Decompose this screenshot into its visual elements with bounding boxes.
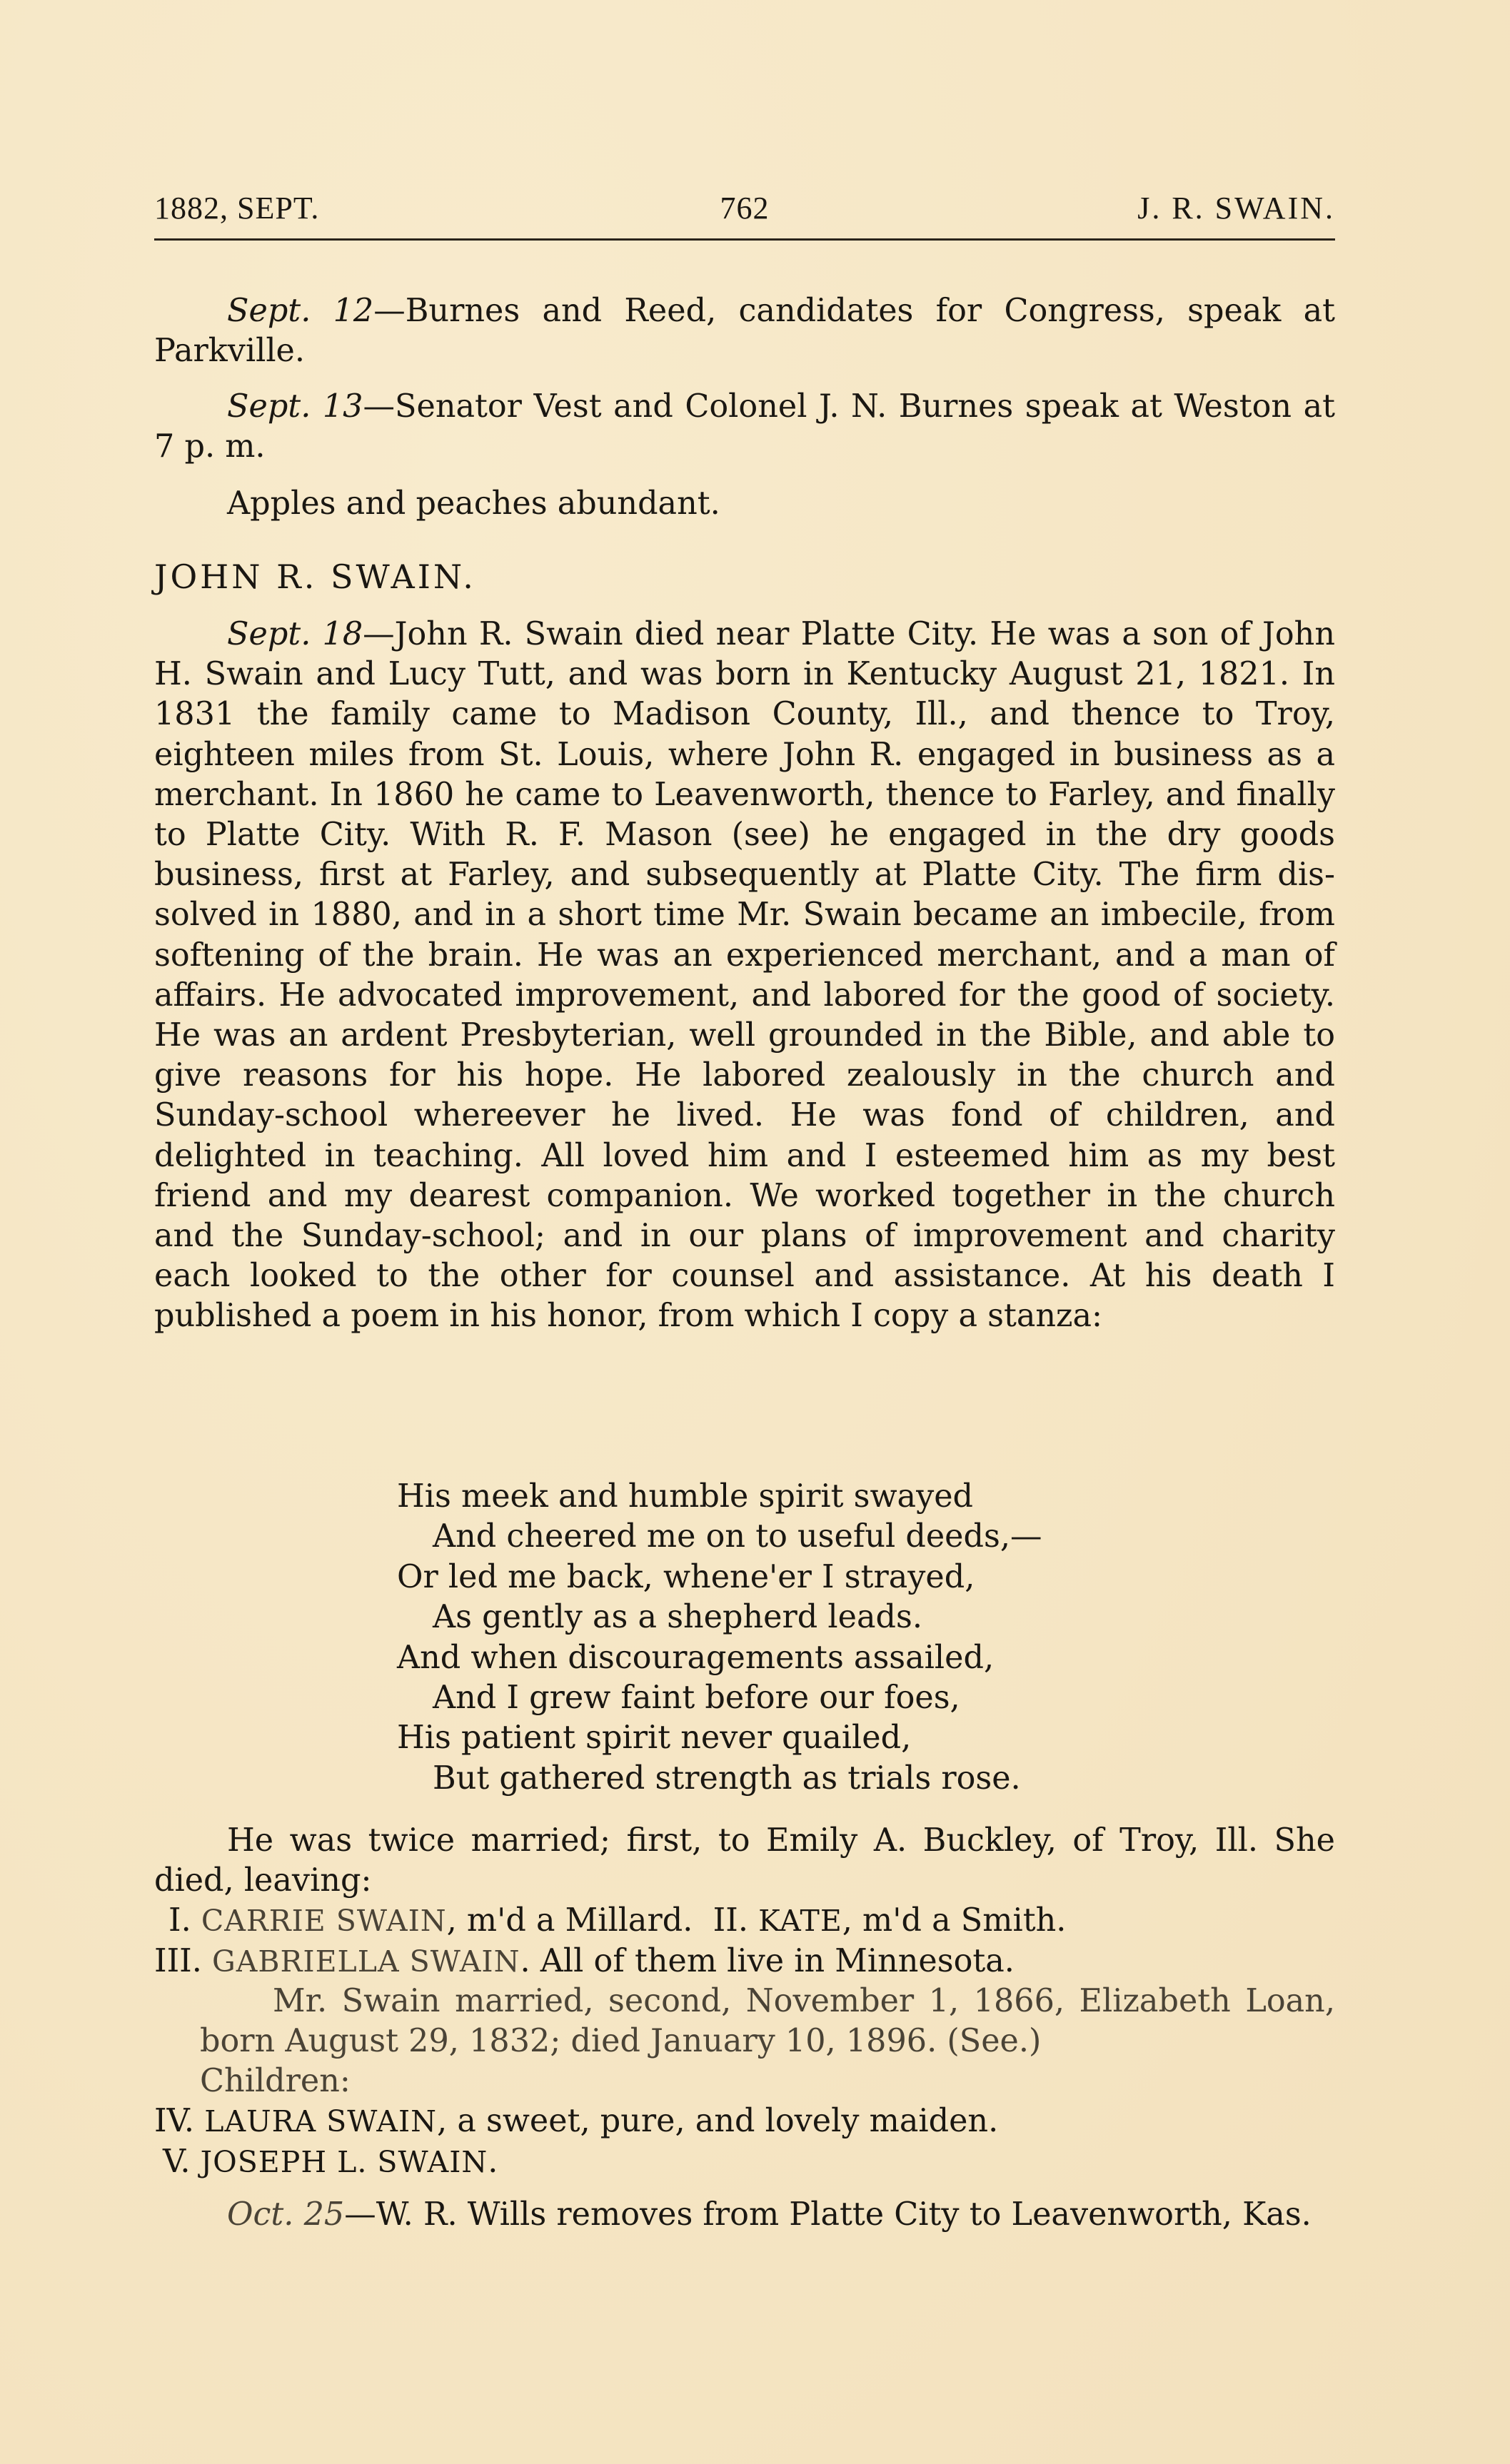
child-note: . (488, 2144, 498, 2180)
entry-date: Sept. 13 (227, 388, 363, 425)
child-numeral: II. (713, 1902, 748, 1939)
poem-line: And cheered me on to useful deeds,— (397, 1517, 1254, 1557)
child-numeral: I. (168, 1902, 191, 1939)
children-label: Children: (154, 2061, 1335, 2101)
family-section: He was twice married; first, to Emily A.… (154, 1821, 1335, 2182)
children-line-4: IV. LAURA SWAIN, a sweet, pure, and love… (154, 2101, 1335, 2141)
running-head: 1882, SEPT. 762 J. R. SWAIN. (154, 187, 1335, 230)
entry-text: Apples and peaches abundant. (227, 485, 720, 522)
poem-line: But gathered strength as trials rose. (397, 1759, 1254, 1799)
child-note: . All of them live in Minnesota. (520, 1943, 1015, 1979)
entry-date: Oct. 25 (227, 2196, 344, 2233)
child-name: KATE (758, 1904, 842, 1938)
poem-line: Or led me back, whene'er I strayed, (397, 1557, 1254, 1597)
child-name: GABRIELLA SWAIN (212, 1944, 520, 1979)
poem-line: His meek and humble spirit swayed (397, 1477, 1254, 1517)
entry-sept-13: Sept. 13—Senator Vest and Colonel J. N. … (154, 387, 1335, 467)
poem-line: And when discouragements assailed, (397, 1638, 1254, 1678)
section-heading-block: JOHN R. SWAIN. (154, 555, 1335, 598)
second-marriage: Mr. Swain married, second, November 1, 1… (154, 1981, 1335, 2061)
child-name: LAURA SWAIN (204, 2104, 437, 2139)
obituary-date: Sept. 18 (227, 616, 363, 652)
poem-line: As gently as a shepherd leads. (397, 1597, 1254, 1637)
running-head-subject: J. R. SWAIN. (1137, 187, 1335, 230)
entry-date: Sept. 12 (227, 293, 373, 329)
child-note: , m'd a Smith. (842, 1902, 1067, 1939)
child-note: , a sweet, pure, and lovely maiden. (437, 2103, 998, 2139)
child-name: JOSEPH L. SWAIN (201, 2145, 488, 2179)
entry-text: —W. R. Wills removes from Platte City to… (344, 2196, 1312, 2233)
poem-stanza: His meek and humble spirit swayed And ch… (397, 1477, 1254, 1799)
child-name: CARRIE SWAIN (201, 1904, 447, 1938)
children-line-2: III. GABRIELLA SWAIN. All of them live i… (154, 1942, 1335, 1981)
child-numeral: IV. (154, 2103, 194, 2139)
children-line-1: I. CARRIE SWAIN, m'd a Millard. II. KATE… (154, 1901, 1335, 1941)
obituary-text: —John R. Swain died near Platte City. He… (154, 616, 1335, 1334)
entry-oct-25: Oct. 25—W. R. Wills removes from Platte … (154, 2195, 1335, 2235)
first-marriage: He was twice married; first, to Emily A.… (154, 1821, 1335, 1901)
child-note: , m'd a Millard. (447, 1902, 693, 1939)
child-numeral: III. (154, 1943, 202, 1979)
entry-sept-12: Sept. 12—Burnes and Reed, candidates for… (154, 291, 1335, 371)
children-line-5: V. JOSEPH L. SWAIN. (154, 2142, 1335, 2182)
entry-apples: Apples and peaches abundant. (154, 484, 1335, 524)
child-numeral: V. (163, 2144, 191, 2180)
poem-line: And I grew faint before our foes, (397, 1678, 1254, 1718)
poem-line: His patient spirit never quailed, (397, 1718, 1254, 1758)
header-rule (154, 238, 1335, 241)
section-heading: JOHN R. SWAIN. (154, 555, 1335, 598)
obituary: Sept. 18—John R. Swain died near Platte … (154, 615, 1335, 1337)
